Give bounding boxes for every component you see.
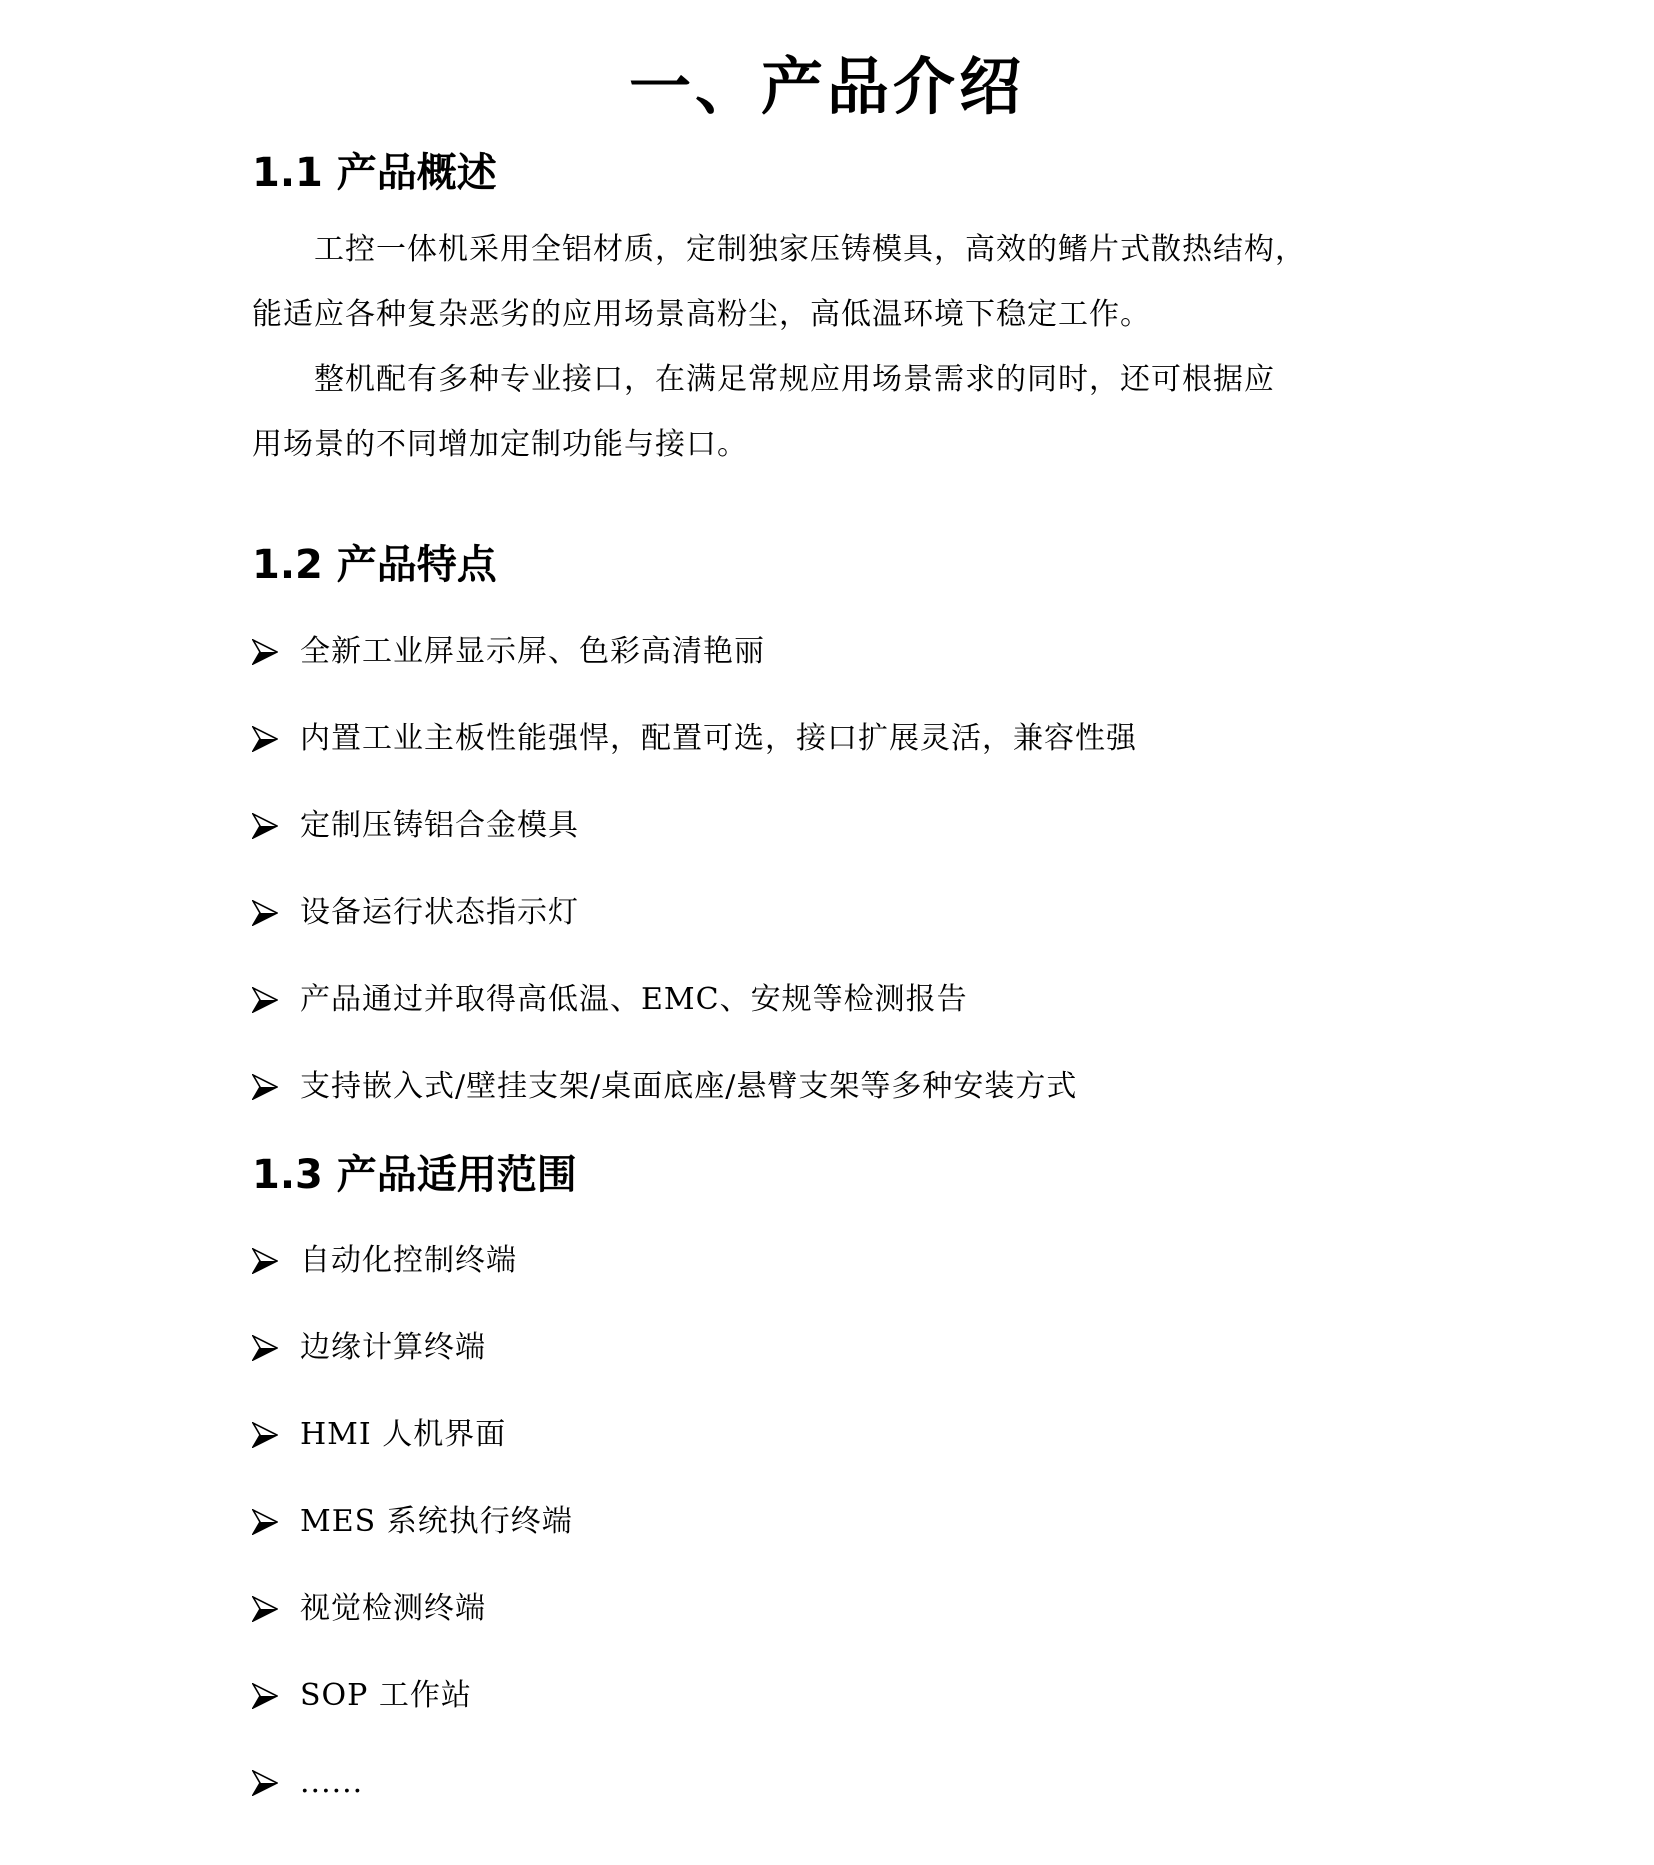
- application-item: 自动化控制终端: [252, 1239, 517, 1283]
- arrow-bullet-icon: [252, 1335, 278, 1361]
- section-heading-applications: 1.3 产品适用范围: [252, 1147, 577, 1203]
- overview-line-3: 整机配有多种专业接口，在满足常规应用场景需求的同时，还可根据应: [252, 360, 1275, 400]
- arrow-bullet-icon: [252, 1248, 278, 1274]
- feature-item: 设备运行状态指示灯: [252, 891, 579, 935]
- application-text: HMI 人机界面: [300, 1415, 506, 1455]
- application-text: 边缘计算终端: [300, 1328, 486, 1368]
- feature-text: 内置工业主板性能强悍，配置可选，接口扩展灵活，兼容性强: [300, 719, 1137, 759]
- arrow-bullet-icon: [252, 639, 278, 665]
- arrow-bullet-icon: [252, 726, 278, 752]
- overview-line-1: 工控一体机采用全铝材质，定制独家压铸模具，高效的鳍片式散热结构，: [252, 230, 1306, 270]
- arrow-bullet-icon: [252, 1596, 278, 1622]
- application-text: 自动化控制终端: [300, 1241, 517, 1281]
- feature-text: 支持嵌入式/壁挂支架/桌面底座/悬臂支架等多种安装方式: [300, 1067, 1077, 1107]
- application-item: MES 系统执行终端: [252, 1500, 573, 1544]
- section-heading-features: 1.2 产品特点: [252, 537, 497, 593]
- overview-line-2: 能适应各种复杂恶劣的应用场景高粉尘，高低温环境下稳定工作。: [252, 295, 1151, 335]
- arrow-bullet-icon: [252, 1683, 278, 1709]
- application-item: 边缘计算终端: [252, 1326, 486, 1370]
- application-item: HMI 人机界面: [252, 1413, 506, 1457]
- arrow-bullet-icon: [252, 1422, 278, 1448]
- application-item: 视觉检测终端: [252, 1587, 486, 1631]
- feature-text: 产品通过并取得高低温、EMC、安规等检测报告: [300, 980, 968, 1020]
- arrow-bullet-icon: [252, 1509, 278, 1535]
- overview-line-4: 用场景的不同增加定制功能与接口。: [252, 425, 748, 465]
- feature-item: 全新工业屏显示屏、色彩高清艳丽: [252, 630, 765, 674]
- feature-text: 定制压铸铝合金模具: [300, 806, 579, 846]
- feature-text: 全新工业屏显示屏、色彩高清艳丽: [300, 632, 765, 672]
- feature-item: 支持嵌入式/壁挂支架/桌面底座/悬臂支架等多种安装方式: [252, 1065, 1077, 1109]
- arrow-bullet-icon: [252, 1770, 278, 1796]
- application-text: ......: [300, 1763, 363, 1803]
- application-text: 视觉检测终端: [300, 1589, 486, 1629]
- feature-item: 定制压铸铝合金模具: [252, 804, 579, 848]
- feature-item: 产品通过并取得高低温、EMC、安规等检测报告: [252, 978, 968, 1022]
- arrow-bullet-icon: [252, 987, 278, 1013]
- feature-text: 设备运行状态指示灯: [300, 893, 579, 933]
- application-item: SOP 工作站: [252, 1674, 472, 1718]
- feature-item: 内置工业主板性能强悍，配置可选，接口扩展灵活，兼容性强: [252, 717, 1137, 761]
- page-title: 一、产品介绍: [0, 42, 1654, 132]
- application-text: MES 系统执行终端: [300, 1502, 573, 1542]
- section-heading-overview: 1.1 产品概述: [252, 145, 497, 201]
- application-item: ......: [252, 1761, 363, 1805]
- application-text: SOP 工作站: [300, 1676, 472, 1716]
- arrow-bullet-icon: [252, 1074, 278, 1100]
- arrow-bullet-icon: [252, 813, 278, 839]
- arrow-bullet-icon: [252, 900, 278, 926]
